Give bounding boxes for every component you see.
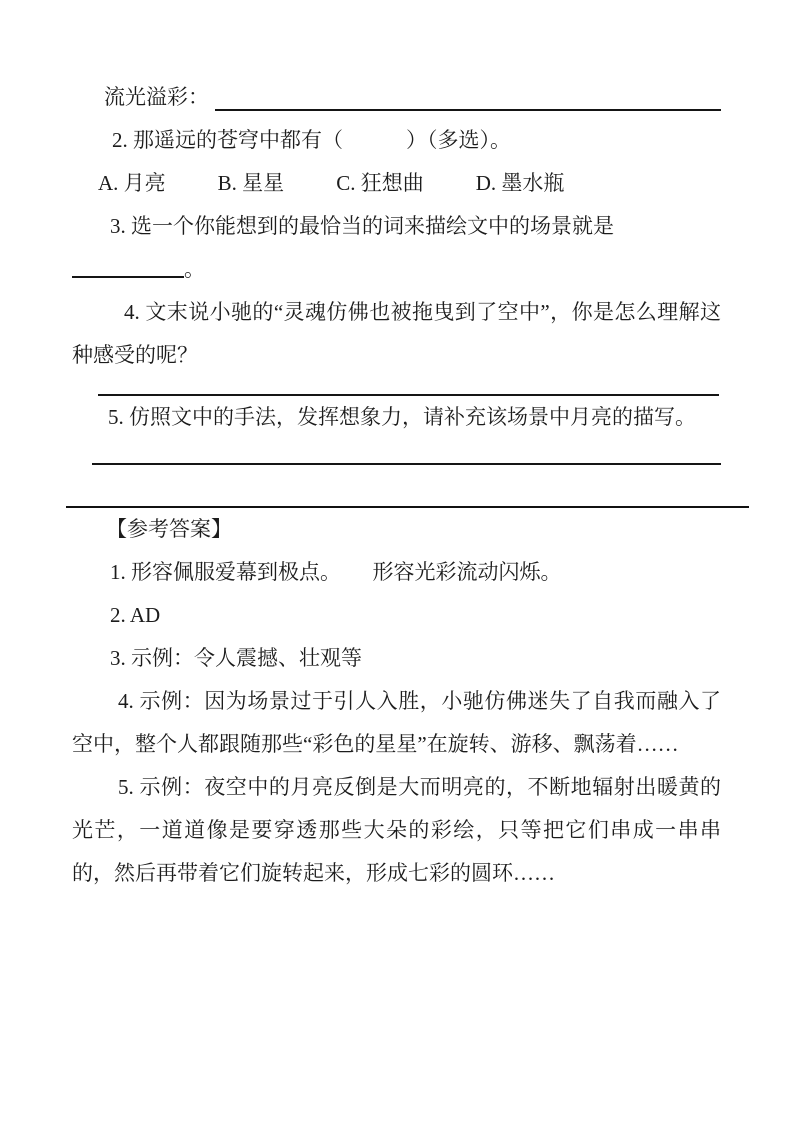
option-b: B. 星星 (218, 162, 285, 205)
question-3-answer-blank (72, 254, 184, 278)
worksheet-page: 流光溢彩： 2. 那遥远的苍穹中都有（ ）（多选）。 A. 月亮 B. 星星 C… (0, 0, 793, 1122)
question-2: 2. 那遥远的苍穹中都有（ ）（多选）。 (72, 119, 721, 162)
answer-1: 1. 形容佩服爱幕到极点。 形容光彩流动闪烁。 (72, 551, 721, 594)
answer-5: 5. 示例：夜空中的月亮反倒是大而明亮的，不断地辐射出暖黄的光芒，一道道像是要穿… (72, 766, 721, 895)
vocab-line: 流光溢彩： (72, 76, 721, 119)
question-2-options: A. 月亮 B. 星星 C. 狂想曲 D. 墨水瓶 (72, 162, 721, 205)
vocab-term: 流光溢彩： (104, 76, 209, 119)
option-d: D. 墨水瓶 (476, 162, 565, 205)
vocab-answer-blank (215, 76, 721, 111)
option-a: A. 月亮 (98, 162, 166, 205)
answer-4: 4. 示例：因为场景过于引人入胜，小驰仿佛迷失了自我而融入了空中，整个人都跟随那… (72, 680, 721, 766)
question-5-answer-line (92, 463, 721, 465)
answer-3: 3. 示例：令人震撼、壮观等 (72, 637, 721, 680)
question-5: 5. 仿照文中的手法，发挥想象力，请补充该场景中月亮的描写。 (72, 396, 721, 439)
answer-2: 2. AD (72, 594, 721, 637)
question-4: 4. 文末说小驰的“灵魂仿佛也被拖曳到了空中”，你是怎么理解这种感受的呢？ (72, 291, 721, 377)
answers-heading: 【参考答案】 (72, 508, 721, 551)
question-3-period: 。 (184, 257, 205, 281)
option-c: C. 狂想曲 (336, 162, 424, 205)
question-3: 3. 选一个你能想到的最恰当的词来描绘文中的场景就是。 (72, 205, 721, 291)
question-3-text: 3. 选一个你能想到的最恰当的词来描绘文中的场景就是 (110, 214, 614, 238)
